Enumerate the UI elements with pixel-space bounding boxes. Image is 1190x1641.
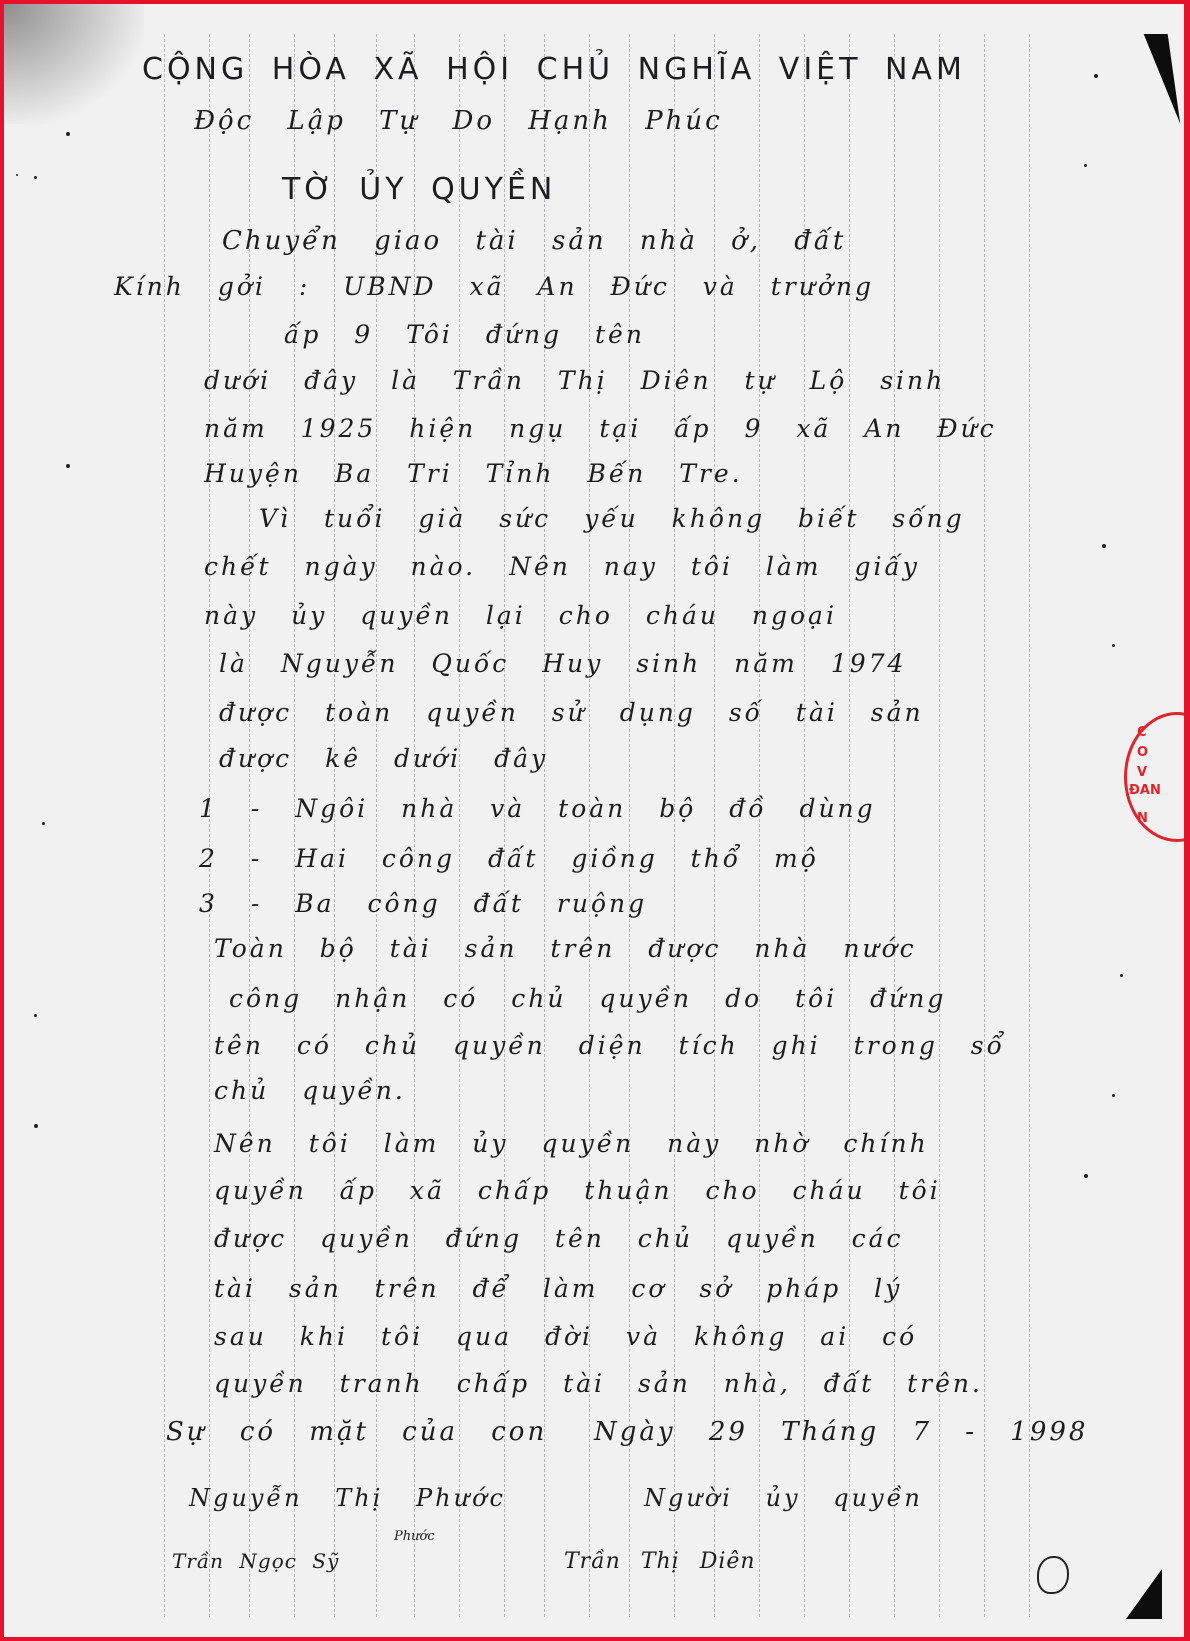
speck xyxy=(34,176,37,179)
body-line: được kê dưới đây xyxy=(219,744,548,773)
body-line: tên có chủ quyền diện tích ghi trong sổ xyxy=(214,1031,1005,1060)
body-line: Toàn bộ tài sản trên được nhà nước xyxy=(214,934,917,963)
speck xyxy=(1084,164,1087,167)
subject-line: Chuyển giao tài sản nhà ở, đất xyxy=(222,226,846,256)
speck xyxy=(1094,74,1098,78)
body-line: Nên tôi làm ủy quyền này nhờ chính xyxy=(214,1129,929,1158)
body-line: dưới đây là Trần Thị Diên tự Lộ sinh xyxy=(204,366,945,395)
body-line: chủ quyền. xyxy=(214,1076,406,1105)
speck xyxy=(34,1014,37,1017)
body-line: được quyền đứng tên chủ quyền các xyxy=(214,1224,904,1253)
witness-2-name: Trần Ngọc Sỹ xyxy=(172,1549,339,1573)
speck xyxy=(66,132,70,136)
body-line: công nhận có chủ quyền do tôi đứng xyxy=(229,984,946,1013)
authorizer-label: Người ủy quyền xyxy=(644,1484,923,1512)
body-line: năm 1925 hiện ngụ tại ấp 9 xã An Đức xyxy=(204,414,997,443)
body-line: Kính gởi : UBND xã An Đức và trưởng xyxy=(114,272,874,301)
body-line: chết ngày nào. Nên nay tôi làm giấy xyxy=(204,552,920,581)
body-line: 2 - Hai công đất giồng thổ mộ xyxy=(199,844,819,873)
speck xyxy=(1084,1174,1088,1178)
body-line: 1 - Ngôi nhà và toàn bộ đồ dùng xyxy=(199,794,876,823)
body-line: tài sản trên để làm cơ sở pháp lý xyxy=(214,1274,902,1303)
letter-content: CỘNG HÒA XÃ HỘI CHỦ NGHĨA VIỆT NAM Độc L… xyxy=(4,4,1184,1637)
national-title: CỘNG HÒA XÃ HỘI CHỦ NGHĨA VIỆT NAM xyxy=(142,52,966,87)
national-motto: Độc Lập Tự Do Hạnh Phúc xyxy=(194,106,723,136)
signature-mark xyxy=(1037,1556,1069,1594)
speck xyxy=(1102,544,1106,548)
date-line: Ngày 29 Tháng 7 - 1998 xyxy=(594,1417,1088,1447)
speck xyxy=(34,1124,38,1128)
speck xyxy=(42,822,45,825)
body-line: sau khi tôi qua đời và không ai có xyxy=(214,1322,917,1351)
body-line: quyền ấp xã chấp thuận cho cháu tôi xyxy=(214,1176,941,1205)
speck xyxy=(1112,1094,1115,1097)
speck xyxy=(66,464,70,468)
body-line: quyền tranh chấp tài sản nhà, đất trên. xyxy=(214,1369,983,1398)
witness-1-name: Nguyễn Thị Phước xyxy=(189,1484,506,1512)
body-line: là Nguyễn Quốc Huy sinh năm 1974 xyxy=(219,649,906,678)
body-line: này ủy quyền lại cho cháu ngoại xyxy=(204,601,837,630)
authorizer-name: Trần Thị Diên xyxy=(564,1549,756,1574)
body-line: Vì tuổi già sức yếu không biết sống xyxy=(259,504,965,533)
speck xyxy=(16,174,18,176)
document-title: TỜ ỦY QUYỀN xyxy=(282,172,556,207)
body-line: ấp 9 Tôi đứng tên xyxy=(284,320,645,349)
body-line: 3 - Ba công đất ruộng xyxy=(199,889,647,918)
body-line: Huyện Ba Tri Tỉnh Bến Tre. xyxy=(204,459,743,488)
scanned-page: C O V ĐAN N CỘNG HÒA XÃ HỘI CHỦ NGHĨA VI… xyxy=(4,4,1184,1637)
body-line: được toàn quyền sử dụng số tài sản xyxy=(219,698,924,727)
witness-2-mark: Phước xyxy=(394,1529,435,1544)
witness-line: Sự có mặt của con xyxy=(166,1417,547,1447)
speck xyxy=(1120,974,1123,977)
speck xyxy=(1112,644,1115,647)
